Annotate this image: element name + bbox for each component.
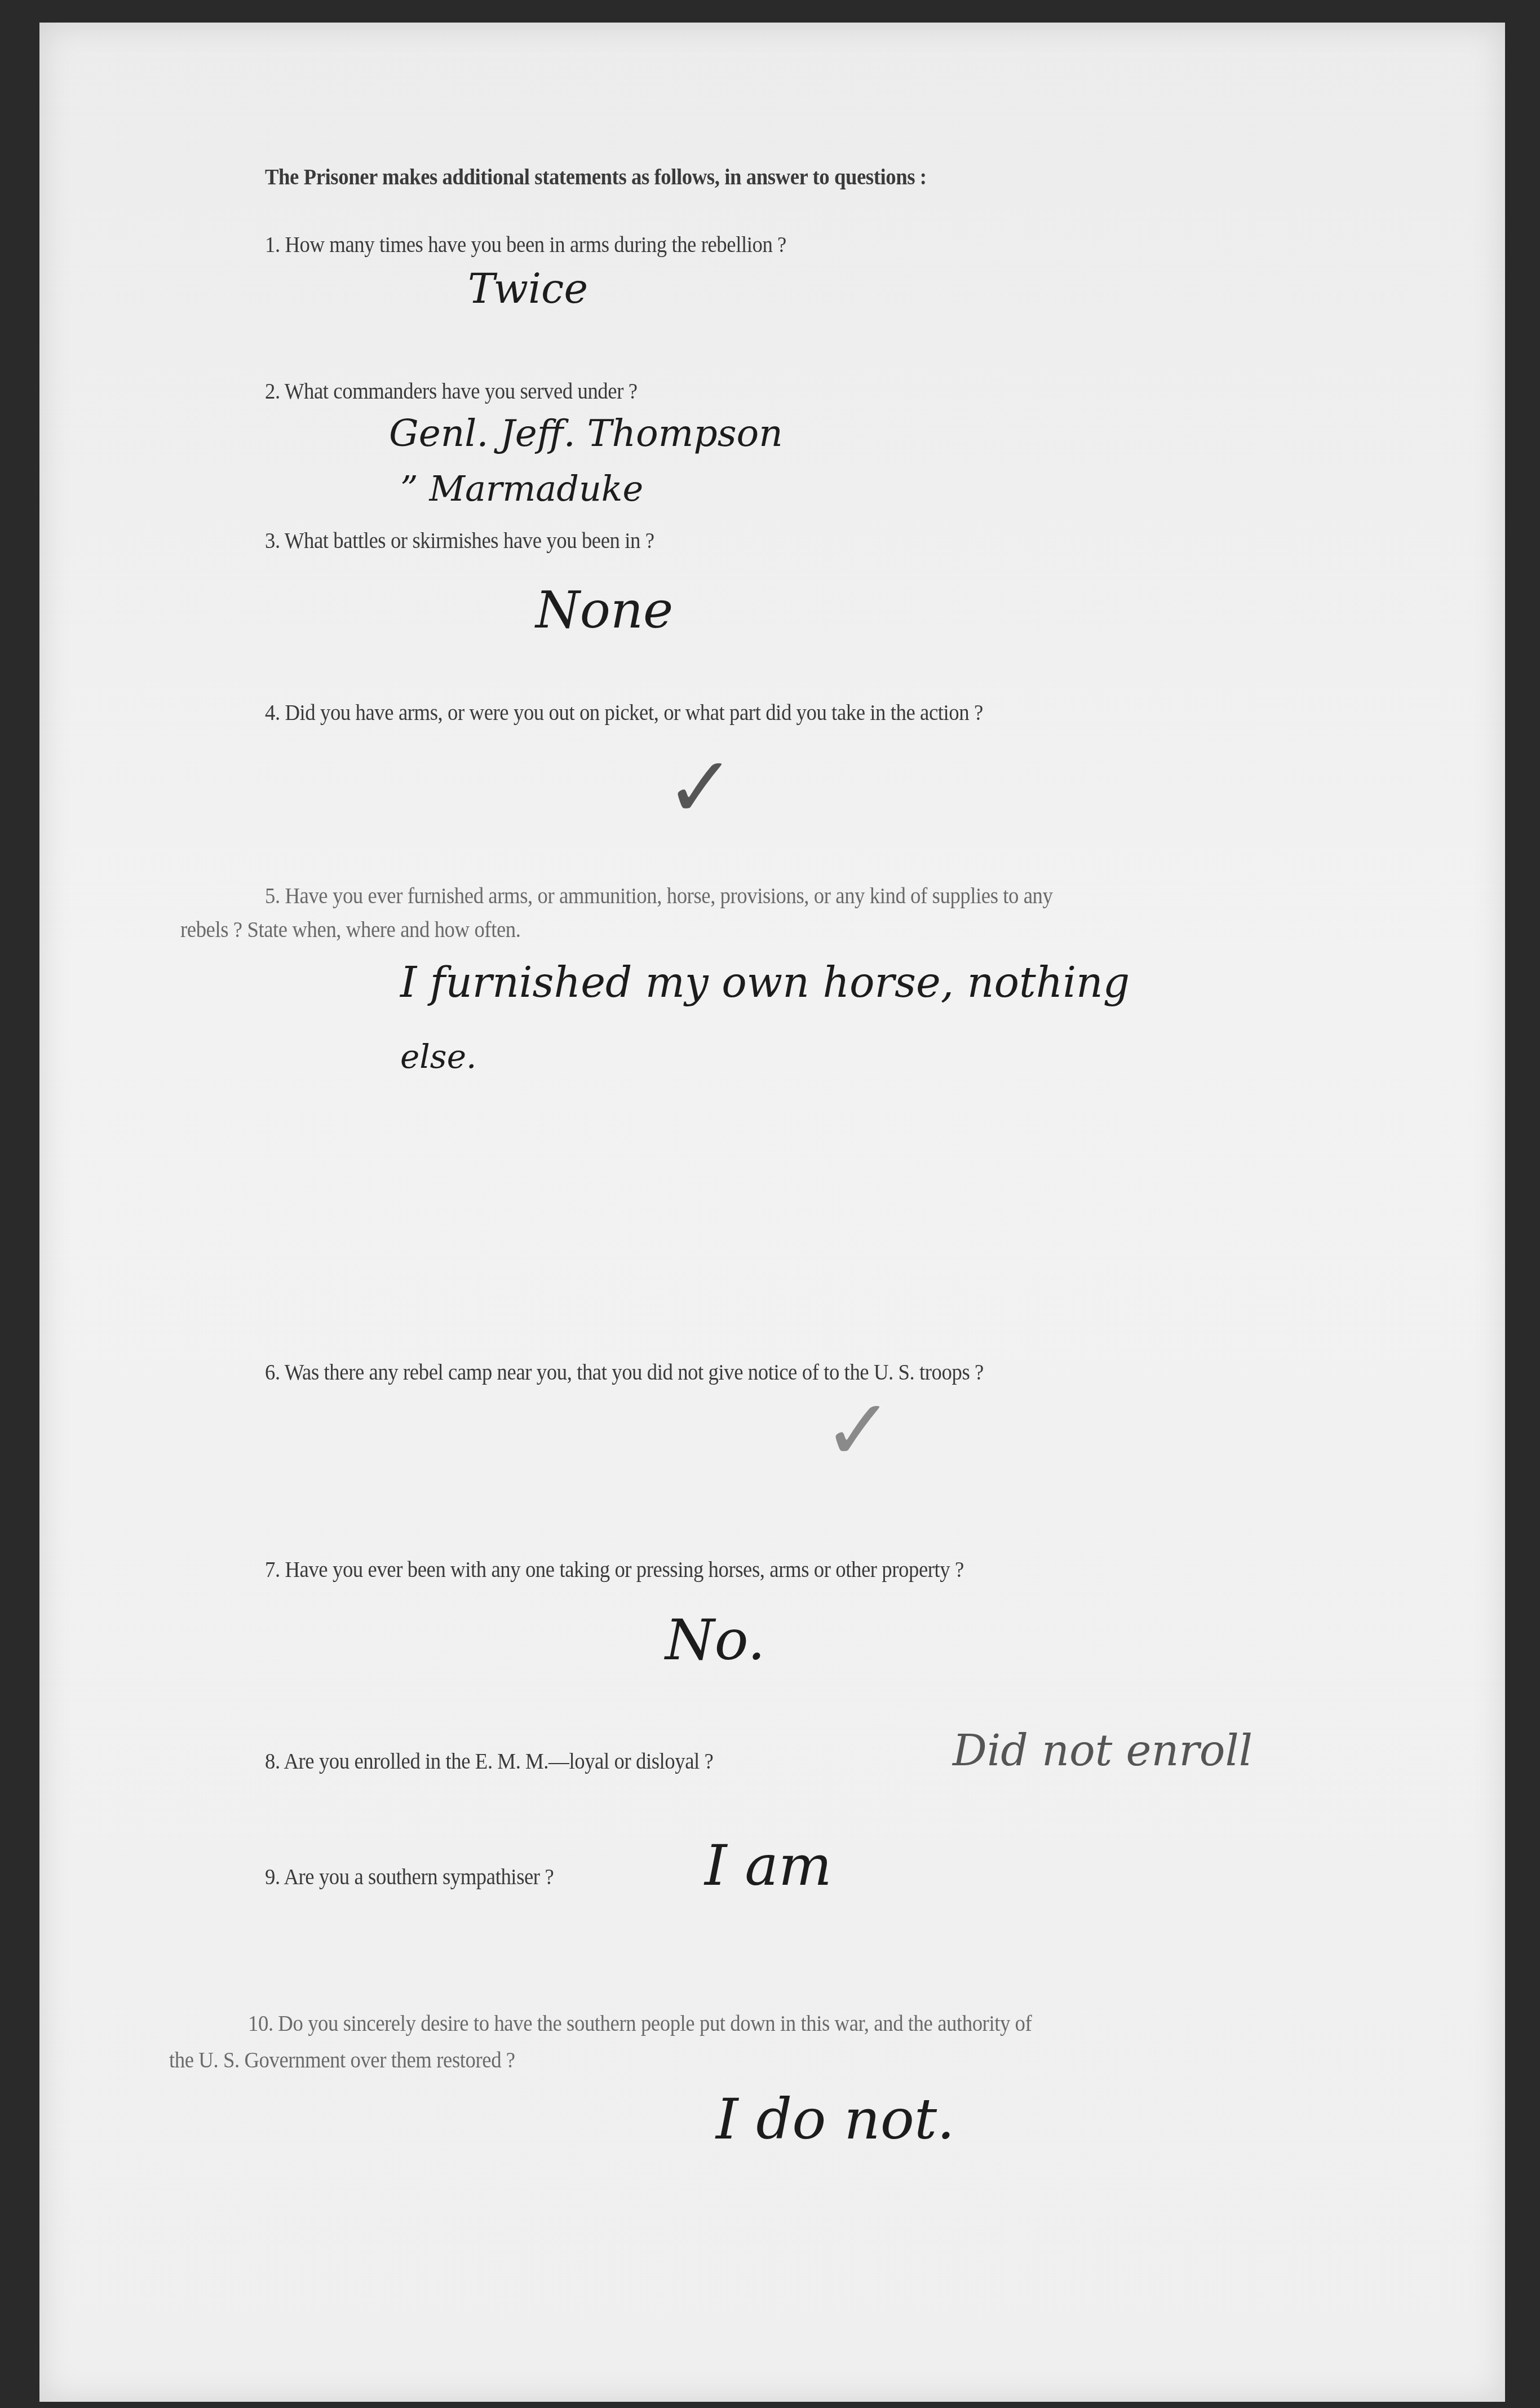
question-text: What commanders have you served under ? — [285, 378, 638, 404]
answer-2-line-2: ” Marmaduke — [400, 468, 643, 509]
question-number: 6. — [265, 1359, 280, 1385]
question-8: 8. Are you enrolled in the E. M. M.—loya… — [265, 1748, 713, 1774]
question-text: How many times have you been in arms dur… — [285, 232, 786, 257]
answer-8: Did not enroll — [953, 1725, 1253, 1775]
question-number: 9. — [265, 1864, 280, 1889]
answer-7: No. — [665, 1607, 765, 1673]
question-number: 4. — [265, 700, 280, 725]
answer-10: I do not. — [716, 2086, 955, 2152]
question-number: 3. — [265, 528, 280, 553]
question-5-line-2: rebels ? State when, where and how often… — [180, 916, 520, 943]
question-number: 7. — [265, 1557, 280, 1582]
question-4: 4. Did you have arms, or were you out on… — [265, 699, 983, 726]
question-9: 9. Are you a southern sympathiser ? — [265, 1863, 554, 1890]
question-number: 2. — [265, 378, 280, 404]
question-number: 5. — [265, 883, 280, 908]
question-text-line-1: Do you sincerely desire to have the sout… — [278, 2011, 1032, 2036]
answer-9: I am — [705, 1832, 832, 1898]
question-10: 10. Do you sincerely desire to have the … — [248, 2010, 1032, 2036]
question-7: 7. Have you ever been with any one takin… — [265, 1556, 964, 1583]
check-mark-icon: ✓ — [823, 1381, 894, 1479]
question-3: 3. What battles or skirmishes have you b… — [265, 527, 654, 554]
check-mark-icon: ✓ — [665, 739, 736, 837]
question-number: 10. — [248, 2011, 273, 2036]
question-text: Did you have arms, or were you out on pi… — [285, 700, 983, 725]
answer-2-line-1: Genl. Jeff. Thompson — [389, 412, 783, 455]
question-number: 1. — [265, 232, 280, 257]
question-text: Are you enrolled in the E. M. M.—loyal o… — [284, 1748, 713, 1774]
form-heading: The Prisoner makes additional statements… — [265, 164, 927, 190]
answer-5-line-1: I furnished my own horse, nothing — [400, 958, 1130, 1007]
question-text: Have you ever been with any one taking o… — [285, 1557, 963, 1582]
answer-1: Twice — [468, 265, 588, 312]
question-5: 5. Have you ever furnished arms, or ammu… — [265, 882, 1052, 909]
question-1: 1. How many times have you been in arms … — [265, 231, 786, 258]
document-page: The Prisoner makes additional statements… — [39, 23, 1505, 2402]
question-number: 8. — [265, 1748, 280, 1774]
answer-3: None — [536, 581, 673, 640]
question-2: 2. What commanders have you served under… — [265, 378, 638, 404]
question-text: What battles or skirmishes have you been… — [285, 528, 654, 553]
answer-5-line-2: else. — [400, 1037, 476, 1076]
question-text: Are you a southern sympathiser ? — [284, 1864, 554, 1889]
question-10-line-2: the U. S. Government over them restored … — [169, 2047, 515, 2073]
question-text-line-1: Have you ever furnished arms, or ammunit… — [285, 883, 1052, 908]
